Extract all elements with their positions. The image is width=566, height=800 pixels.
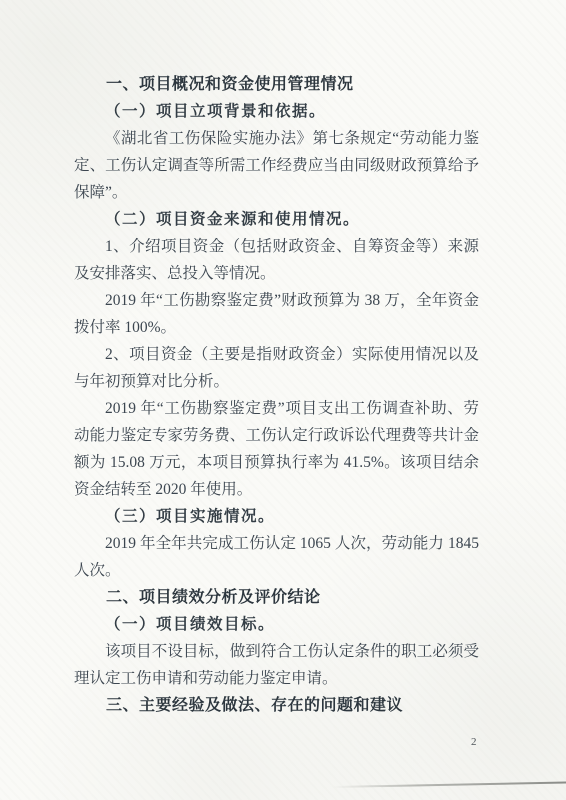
page-number: 2 bbox=[471, 735, 477, 749]
scan-edge-shadow bbox=[333, 781, 566, 788]
paragraph-2019-expenditure-detail: 2019 年“工伤勘察鉴定费”项目支出工伤调查补助、劳动能力鉴定专家劳务费、工伤… bbox=[74, 395, 479, 503]
heading-section-1-project-overview: 一、项目概况和资金使用管理情况 bbox=[74, 71, 479, 98]
paragraph-2019-budget: 2019 年“工伤勘察鉴定费”财政预算为 38 万，全年资金拨付率 100%。 bbox=[74, 287, 479, 341]
subheading-1-1-project-background: （一）项目立项背景和依据。 bbox=[74, 98, 479, 125]
paragraph-fund-actual-usage: 2、项目资金（主要是指财政资金）实际使用情况以及与年初预算对比分析。 bbox=[74, 341, 479, 395]
subheading-1-2-fund-source-usage: （二）项目资金来源和使用情况。 bbox=[74, 206, 479, 233]
document-body: 一、项目概况和资金使用管理情况 （一）项目立项背景和依据。 《湖北省工伤保险实施… bbox=[74, 71, 479, 719]
heading-section-3-experience-problems: 三、主要经验及做法、存在的问题和建议 bbox=[74, 692, 479, 719]
subheading-2-1-performance-goal: （一）项目绩效目标。 bbox=[74, 611, 479, 638]
subheading-1-3-project-implementation: （三）项目实施情况。 bbox=[74, 503, 479, 530]
paragraph-legal-basis: 《湖北省工伤保险实施办法》第七条规定“劳动能力鉴定、工伤认定调查等所需工作经费应… bbox=[74, 125, 479, 206]
scanned-document-page: 一、项目概况和资金使用管理情况 （一）项目立项背景和依据。 《湖北省工伤保险实施… bbox=[0, 0, 566, 800]
paragraph-2019-completion-stats: 2019 年全年共完成工伤认定 1065 人次，劳动能力 1845 人次。 bbox=[74, 530, 479, 584]
heading-section-2-performance-analysis: 二、项目绩效分析及评价结论 bbox=[74, 584, 479, 611]
paragraph-fund-intro: 1、介绍项目资金（包括财政资金、自筹资金等）来源及安排落实、总投入等情况。 bbox=[74, 233, 479, 287]
paragraph-performance-goal-detail: 该项目不设目标，做到符合工伤认定条件的职工必须受理认定工伤申请和劳动能力鉴定申请… bbox=[74, 638, 479, 692]
